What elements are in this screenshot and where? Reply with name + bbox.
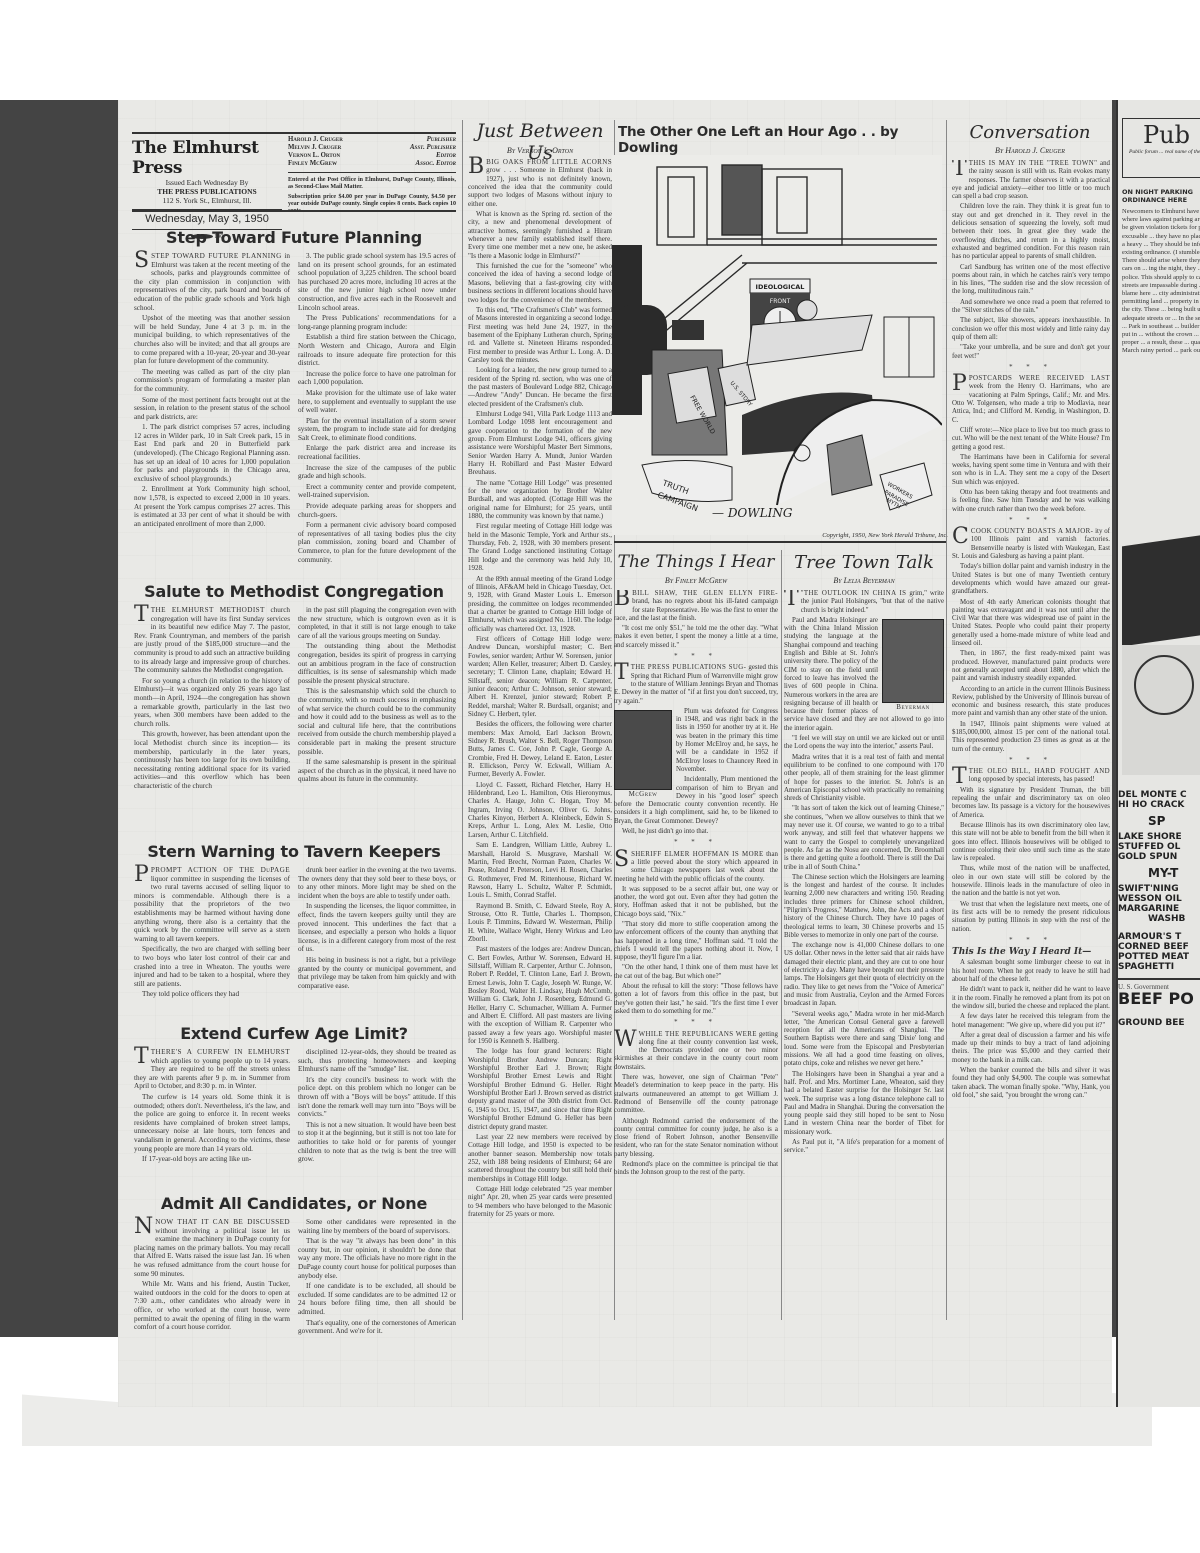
column-divider (462, 120, 463, 1320)
photo-beyerman-box: Beyerman (882, 619, 944, 711)
masthead-publisher: THE PRESS PUBLICATIONS (132, 187, 282, 196)
column-divider (946, 120, 947, 1320)
ad-item: ARMOUR'S T (1118, 932, 1200, 942)
entry-notice: Entered at the Post Office in Elmhurst, … (288, 172, 456, 191)
ad-item: POTTED MEAT (1118, 952, 1200, 962)
section-separator: * * * (614, 653, 778, 661)
ad-logo-graphic (1122, 534, 1200, 647)
ad-cartoon-figure (1122, 645, 1200, 775)
article-future-planning-col1: SSTEP TOWARD FUTURE PLANNING in Elmhurst… (134, 252, 290, 530)
headline-future-planning: Step Toward Future Planning (132, 228, 456, 247)
adjacent-page: Pub Public forum ... real name of the ..… (1116, 100, 1200, 1407)
masthead-bottom-rule (132, 210, 456, 212)
ad-item: BEEF PO (1118, 990, 1200, 1008)
tree-town-talk-body: T"THE OUTLOOK IN CHINA IS grim," write t… (784, 590, 944, 1330)
headline-tavern: Stern Warning to Tavern Keepers (132, 842, 456, 861)
letter-title: ON NIGHT PARKING ORDINANCE HERE (1122, 188, 1200, 204)
masthead-issued: Issued Each Wednesday By (132, 178, 282, 187)
editorial-cartoon: IDEOLOGICAL FRONT FREE WORLD U.S. STORY … (612, 155, 942, 535)
staff-row: Harold J. CrugerPublisher (288, 136, 456, 144)
ad-item: CORNED BEEF (1118, 942, 1200, 952)
article-future-planning-col2: 3. The public grade school system has 19… (298, 252, 456, 566)
section-separator: * * * (952, 364, 1110, 372)
cartoon-illustration: IDEOLOGICAL FRONT FREE WORLD U.S. STORY … (612, 155, 942, 535)
ad-item: STUFFED OL (1118, 842, 1200, 852)
ad-item: LAKE SHORE (1118, 832, 1200, 842)
ad-item: SP (1148, 816, 1200, 826)
masthead-top-rule (132, 132, 456, 134)
byline-beyerman: By Lelia Beyerman (784, 576, 944, 585)
ad-item: MY-T (1148, 868, 1200, 878)
section-separator: * * * (614, 1019, 778, 1027)
public-forum-header: Pub (1123, 119, 1200, 149)
headline-candidates: Admit All Candidates, or None (132, 1194, 456, 1213)
article-tavern-col1: PPROMPT ACTION OF THE DuPAGE liquor comm… (134, 866, 290, 1001)
masthead-address: 112 S. York St., Elmhurst, Ill. (132, 196, 282, 205)
column-title-conversation: Conversation (950, 122, 1110, 143)
article-methodist-col1: TTHE ELMHURST METHODIST church congregat… (134, 606, 290, 792)
photo-caption-beyerman: Beyerman (882, 703, 944, 711)
staff-row: Vernon L. OrtonEditor (288, 152, 456, 160)
staff-row: Finley McGrewAssoc. Editor (288, 160, 456, 168)
ad-item: MARGARINE (1118, 904, 1200, 914)
grocery-ad-list: DEL MONTE C HI HO CRACK SP LAKE SHORE ST… (1118, 790, 1200, 1028)
byline-mcgrew: By Finley McGrew (614, 576, 778, 585)
masthead-title: The Elmhurst Press (132, 138, 282, 178)
things-i-hear-body: BBILL SHAW, THE GLEN ELLYN FIRE- brand, … (614, 590, 778, 1330)
svg-text:IDEOLOGICAL: IDEOLOGICAL (756, 283, 805, 291)
staff-box: Harold J. CrugerPublisher Melvin J. Crug… (288, 136, 456, 215)
headline-curfew: Extend Curfew Age Limit? (132, 1024, 456, 1043)
ad-item: WASHB (1148, 914, 1200, 924)
svg-text:FRONT: FRONT (770, 298, 791, 305)
article-curfew-col1: TTHERE'S A CURFEW IN ELMHURST which appl… (134, 1048, 290, 1166)
photo-caption-mcgrew: McGrew (614, 790, 672, 798)
photo-mcgrew-box: McGrew (614, 710, 672, 798)
article-methodist-col2: in the past still plaguing the congregat… (298, 606, 456, 786)
byline-orton: By Vernon L. Orton (468, 146, 612, 155)
article-tavern-col2: drunk beer earlier in the evening at the… (298, 866, 456, 992)
article-curfew-col2: disciplined 12-year-olds, they should be… (298, 1048, 456, 1166)
ad-item: DEL MONTE C (1118, 790, 1200, 800)
public-forum-intro: Public forum ... real name of the ... al… (1123, 149, 1200, 156)
ad-item: SPAGHETTI (1118, 962, 1200, 972)
article-candidates-col1: NNOW THAT IT CAN BE DISCUSSED without in… (134, 1218, 290, 1334)
ad-item: HI HO CRACK (1118, 800, 1200, 810)
column-title-things-i-hear: The Things I Hear (614, 552, 778, 572)
cartoon-rule (614, 541, 946, 543)
feature-title: This Is the Way I Heard It— (952, 948, 1110, 956)
column-divider (781, 550, 782, 1320)
conversation-body: TTHIS IS MAY IN THE "TREE TOWN" and the … (952, 160, 1110, 1330)
headline-methodist: Salute to Methodist Congregation (132, 582, 456, 601)
just-between-us-body: BBIG OAKS FROM LITTLE ACORNS grow . . . … (468, 158, 612, 1220)
ad-item: SWIFT'NING (1118, 884, 1200, 894)
ad-item: GOLD SPUN (1118, 852, 1200, 862)
photo-mcgrew (614, 710, 672, 790)
cartoon-copyright: Copyright, 1950, New York Herald Tribune… (618, 532, 948, 539)
ad-item: WESSON OIL (1118, 894, 1200, 904)
section-separator: * * * (952, 937, 1110, 945)
section-separator: * * * (952, 517, 1110, 525)
masthead: The Elmhurst Press Issued Each Wednesday… (132, 138, 282, 240)
article-candidates-col2: Some other candidates were represented i… (298, 1218, 456, 1338)
cartoon-title: The Other One Left an Hour Ago . . by Do… (618, 124, 946, 156)
public-forum-header-box: Pub Public forum ... real name of the ..… (1122, 118, 1200, 178)
section-separator: * * * (952, 757, 1110, 765)
photo-beyerman (882, 619, 944, 703)
ad-item: GROUND BEE (1118, 1018, 1200, 1028)
column-title-tree-town-talk: Tree Town Talk (784, 552, 944, 573)
staff-row: Melvin J. CrugerAsst. Publisher (288, 144, 456, 152)
letter-body: Newcomers to Elmhurst have recently move… (1122, 208, 1200, 528)
svg-text:— DOWLING: — DOWLING (712, 506, 793, 520)
section-separator: * * * (614, 839, 778, 847)
byline-cruger: By Harold J. Cruger (950, 146, 1110, 155)
